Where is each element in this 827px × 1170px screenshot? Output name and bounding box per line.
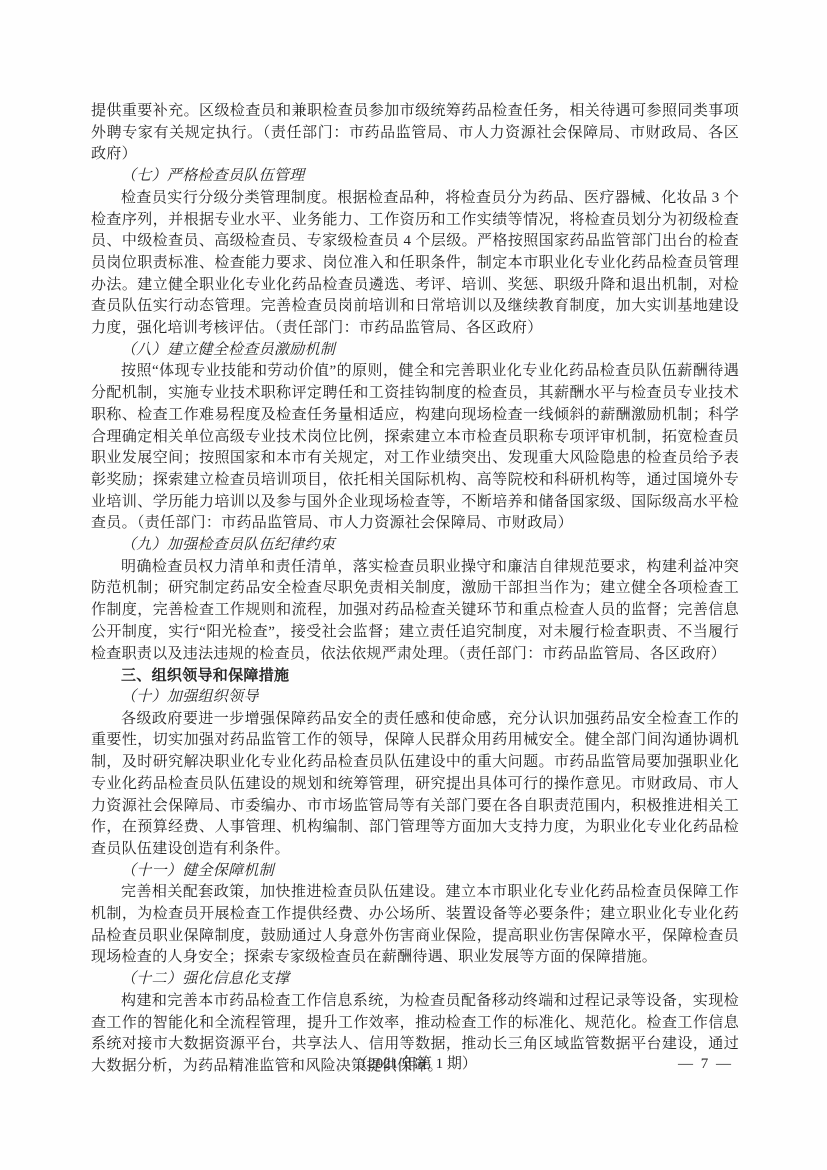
paragraph-section-9: 明确检查员权力清单和责任清单，落实检查员职业操守和廉洁自律规范要求，构建利益冲突… <box>91 557 739 666</box>
paragraph-section-11: 完善相关配套政策，加快推进检查员队伍建设。建立本市职业化专业化药品检查员保障工作… <box>91 882 739 969</box>
paragraph-section-7: 检查员实行分级分类管理制度。根据检查品种，将检查员分为药品、医疗器械、化妆品 3… <box>91 188 739 340</box>
heading-section-12: （十二）强化信息化支撑 <box>91 969 739 991</box>
document-body: 提供重要补充。区级检查员和兼职检查员参加市级统筹药品检查任务，相关待遇可参照同类… <box>91 101 739 1078</box>
document-page: 提供重要补充。区级检查员和兼职检查员参加市级统筹药品检查任务，相关待遇可参照同类… <box>0 0 827 1170</box>
heading-section-8: （八）建立健全检查员激励机制 <box>91 340 739 362</box>
footer-issue-label: （2021 年第 1 期） <box>91 1053 739 1075</box>
heading-section-9: （九）加强检查员队伍纪律约束 <box>91 535 739 557</box>
heading-chapter-3: 三、组织领导和保障措施 <box>91 665 739 687</box>
heading-section-11: （十一）健全保障机制 <box>91 861 739 883</box>
page-footer: （2021 年第 1 期） — 7 — <box>91 1053 739 1075</box>
paragraph-section-8: 按照“体现专业技能和劳动价值”的原则，健全和完善职业化专业化药品检查员队伍薪酬待… <box>91 361 739 535</box>
heading-section-10: （十）加强组织领导 <box>91 687 739 709</box>
footer-page-number: — 7 — <box>678 1053 733 1075</box>
paragraph-section-10: 各级政府要进一步增强保障药品安全的责任感和使命感，充分认识加强药品安全检查工作的… <box>91 709 739 861</box>
paragraph-continuation: 提供重要补充。区级检查员和兼职检查员参加市级统筹药品检查任务，相关待遇可参照同类… <box>91 101 739 166</box>
heading-section-7: （七）严格检查员队伍管理 <box>91 166 739 188</box>
